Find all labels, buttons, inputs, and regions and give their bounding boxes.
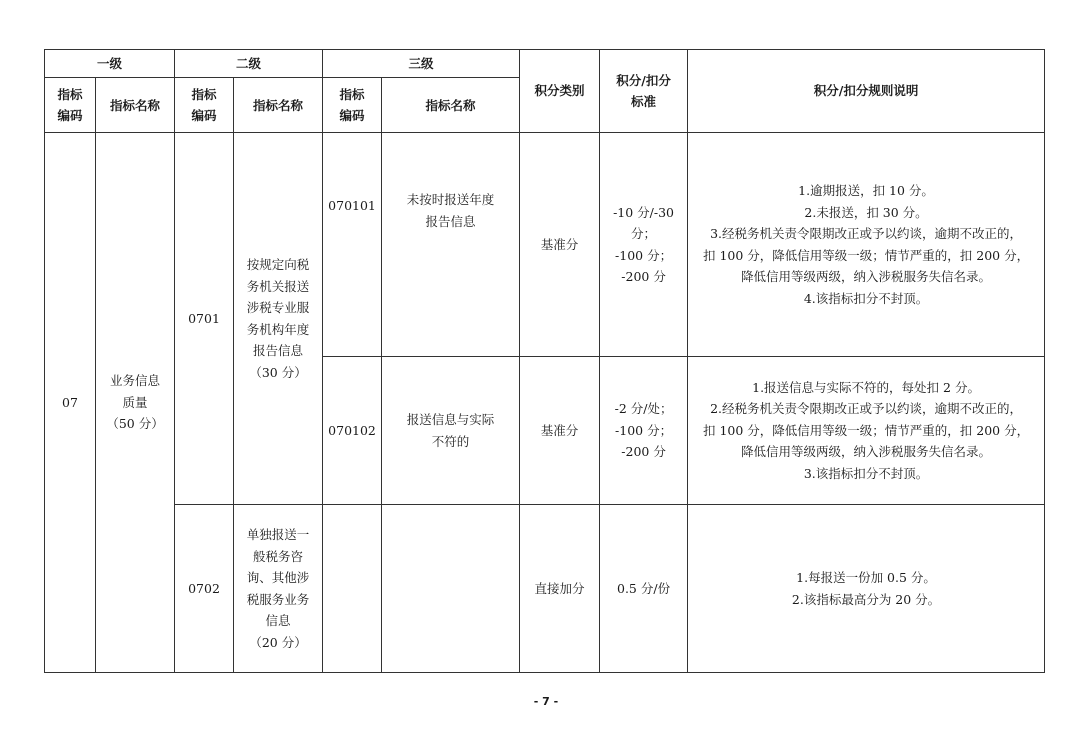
header-level2: 二级 (175, 50, 323, 78)
level3-name: 未按时报送年度 报告信息 (382, 133, 520, 357)
level1-name: 业务信息 质量 （50 分） (96, 133, 175, 673)
standard: 0.5 分/份 (600, 505, 688, 673)
header-level3-name: 指标名称 (382, 78, 520, 133)
header-standard: 积分/扣分 标准 (600, 50, 688, 133)
rules-description: 1.逾期报送，扣 10 分。 2.未报送，扣 30 分。 3.经税务机关责令限期… (688, 133, 1045, 357)
standard: -2 分/处； -100 分； -200 分 (600, 357, 688, 505)
category: 基准分 (520, 133, 600, 357)
rules-description: 1.每报送一份加 0.5 分。 2.该指标最高分为 20 分。 (688, 505, 1045, 673)
level1-code: 07 (45, 133, 96, 673)
level3-name (382, 505, 520, 673)
header-row-levels: 一级 二级 三级 积分类别 积分/扣分 标准 积分/扣分规则说明 (45, 50, 1045, 78)
header-level3: 三级 (323, 50, 520, 78)
header-level2-code: 指标 编码 (175, 78, 234, 133)
table-row: 07 业务信息 质量 （50 分） 0701 按规定向税 务机关报送 涉税专业服… (45, 133, 1045, 357)
header-level1: 一级 (45, 50, 175, 78)
level2-name: 单独报送一 般税务咨 询、其他涉 税服务业务 信息 （20 分） (234, 505, 323, 673)
level2-name: 按规定向税 务机关报送 涉税专业服 务机构年度 报告信息 （30 分） (234, 133, 323, 505)
category: 直接加分 (520, 505, 600, 673)
level3-name: 报送信息与实际 不符的 (382, 357, 520, 505)
level2-code: 0702 (175, 505, 234, 673)
rules-description: 1.报送信息与实际不符的，每处扣 2 分。 2.经税务机关责令限期改正或予以约谈… (688, 357, 1045, 505)
header-level2-name: 指标名称 (234, 78, 323, 133)
header-level1-name: 指标名称 (96, 78, 175, 133)
standard: -10 分/-30 分； -100 分； -200 分 (600, 133, 688, 357)
header-category: 积分类别 (520, 50, 600, 133)
page-number: - 7 - (0, 695, 1092, 708)
level2-code: 0701 (175, 133, 234, 505)
header-level1-code: 指标 编码 (45, 78, 96, 133)
header-level3-code: 指标 编码 (323, 78, 382, 133)
level3-code: 070102 (323, 357, 382, 505)
level3-code (323, 505, 382, 673)
document-page: 一级 二级 三级 积分类别 积分/扣分 标准 积分/扣分规则说明 指标 编码 指… (0, 0, 1092, 744)
scoring-rules-table: 一级 二级 三级 积分类别 积分/扣分 标准 积分/扣分规则说明 指标 编码 指… (44, 49, 1045, 673)
table-row: 0702 单独报送一 般税务咨 询、其他涉 税服务业务 信息 （20 分） 直接… (45, 505, 1045, 673)
level3-code: 070101 (323, 133, 382, 357)
category: 基准分 (520, 357, 600, 505)
header-rules: 积分/扣分规则说明 (688, 50, 1045, 133)
